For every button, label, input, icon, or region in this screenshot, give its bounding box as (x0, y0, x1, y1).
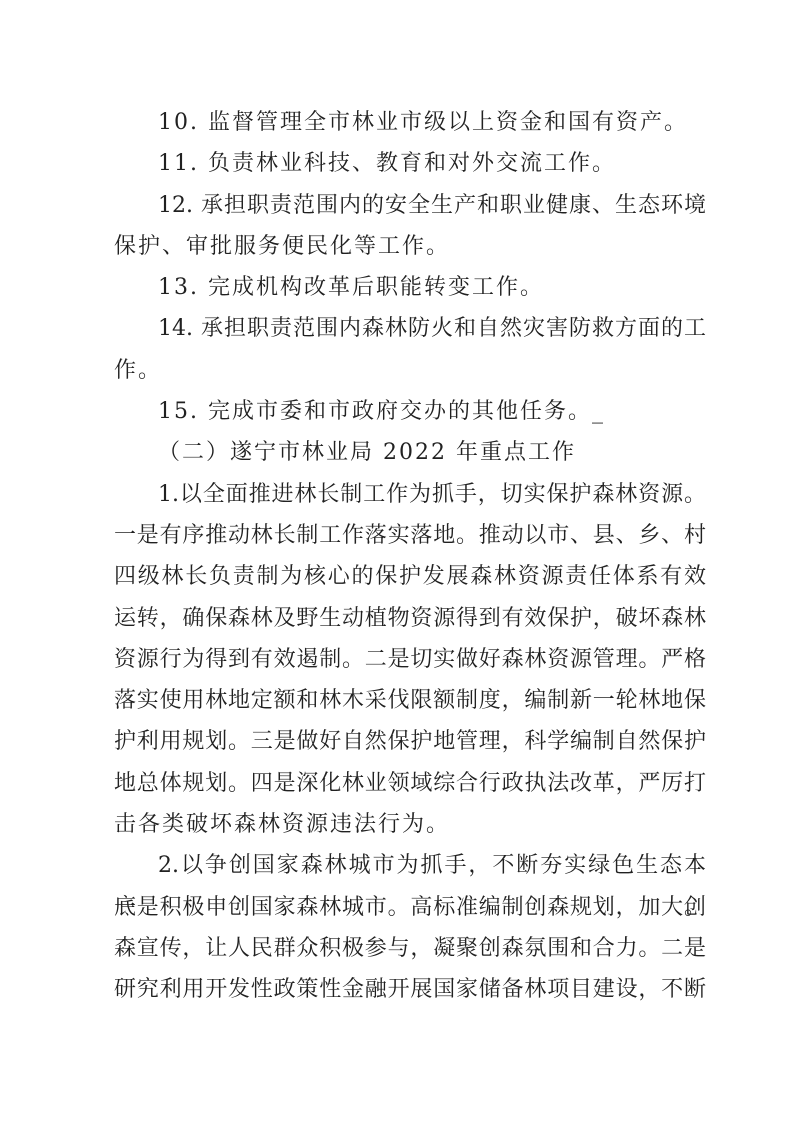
text-line: 2.以争创国家森林城市为抓手，不断夯实绿色生态本底。 (114, 845, 706, 886)
text-line: 10. 监督管理全市林业市级以上资金和国有资产。 (114, 102, 706, 143)
text-line: 击各类破坏森林资源违法行为。 (114, 804, 706, 845)
text-line: 13. 完成机构改革后职能转变工作。 (114, 267, 706, 308)
text-line: 运转，确保森林及野生动植物资源得到有效保护，破坏森林 (114, 598, 706, 639)
text-line: 森宣传，让人民群众积极参与，凝聚创森氛围和合力。二是 (114, 928, 706, 969)
text-line: 一是积极申创国家森林城市。高标准编制创森规划，加大创 (114, 887, 706, 928)
item-13: 13. 完成机构改革后职能转变工作。 (114, 267, 706, 308)
text-line: 研究利用开发性政策性金融开展国家储备林项目建设，不断 (114, 969, 706, 1010)
text-line: 1.以全面推进林长制工作为抓手，切实保护森林资源。 (114, 474, 706, 515)
text-line: 护利用规划。三是做好自然保护地管理，科学编制自然保护 (114, 721, 706, 762)
text-line: 资源行为得到有效遏制。二是切实做好森林资源管理。严格 (114, 639, 706, 680)
text-line: 地总体规划。四是深化林业领域综合行政执法改革，严厉打 (114, 763, 706, 804)
item-12: 12. 承担职责范围内的安全生产和职业健康、生态环境保护、审批服务便民化等工作。 (114, 185, 706, 268)
item-15: 15. 完成市委和市政府交办的其他任务。_ (114, 391, 706, 432)
section-heading-2: （二）遂宁市林业局 2022 年重点工作 (114, 432, 706, 473)
text-line: 15. 完成市委和市政府交办的其他任务。_ (114, 391, 706, 432)
item-14: 14. 承担职责范围内森林防火和自然灾害防救方面的工作。 (114, 308, 706, 391)
text-line: 四级林长负责制为核心的保护发展森林资源责任体系有效 (114, 556, 706, 597)
text-line: 14. 承担职责范围内森林防火和自然灾害防救方面的工 (114, 308, 706, 349)
item-10: 10. 监督管理全市林业市级以上资金和国有资产。 (114, 102, 706, 143)
point-2: 2.以争创国家森林城市为抓手，不断夯实绿色生态本底。一是积极申创国家森林城市。高… (114, 845, 706, 1010)
text-line: 一是有序推动林长制工作落实落地。推动以市、县、乡、村 (114, 515, 706, 556)
section-heading-text: （二）遂宁市林业局 2022 年重点工作 (114, 432, 706, 473)
document-body: 10. 监督管理全市林业市级以上资金和国有资产。11. 负责林业科技、教育和对外… (114, 102, 706, 1011)
document-page: 10. 监督管理全市林业市级以上资金和国有资产。11. 负责林业科技、教育和对外… (0, 0, 793, 1122)
text-line: 保护、审批服务便民化等工作。 (114, 226, 706, 267)
text-line: 落实使用林地定额和林木采伐限额制度，编制新一轮林地保 (114, 680, 706, 721)
item-11: 11. 负责林业科技、教育和对外交流工作。 (114, 143, 706, 184)
text-line: 11. 负责林业科技、教育和对外交流工作。 (114, 143, 706, 184)
point-1: 1.以全面推进林长制工作为抓手，切实保护森林资源。一是有序推动林长制工作落实落地… (114, 474, 706, 846)
text-line: 12. 承担职责范围内的安全生产和职业健康、生态环境 (114, 185, 706, 226)
text-line: 作。 (114, 350, 706, 391)
